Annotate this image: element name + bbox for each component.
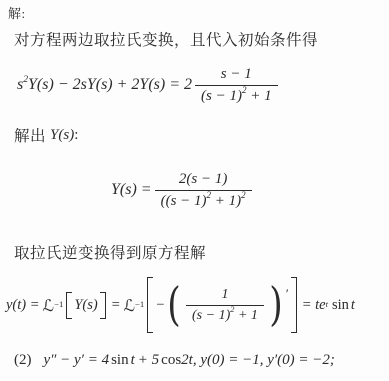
right-bracket-small — [100, 292, 106, 319]
equation-inverse: y(t) = ℒ−1 Y(s) = ℒ−1 − ( 1 (s − 1)2 + 1… — [6, 274, 355, 336]
eq3-den-exponent: 2 — [230, 305, 234, 314]
big-paren-open: ( — [167, 285, 180, 324]
eq1-den-base: (s − 1) — [201, 88, 242, 104]
eq2-den-mid: + 1) — [211, 193, 241, 209]
eq1-rest: Y(s) − 2sY(s) + 2Y(s) = 2 — [28, 76, 192, 93]
eq3-result-sin: sin — [332, 297, 349, 314]
eq1-fraction: s − 1 (s − 1)2 + 1 — [195, 66, 278, 105]
eq3-den-tail: + 1 — [234, 308, 257, 323]
problem-2-line: (2) y″ − y′ = 4 sin t + 5 cos 2t , y(0) … — [14, 352, 335, 369]
eq2-den-outer-exponent: 2 — [241, 190, 246, 200]
problem-2-label: (2) — [14, 352, 32, 369]
eq3-numerator: 1 — [215, 287, 234, 305]
eq3-result-arg: t — [351, 297, 355, 314]
derivative-prime: ′ — [286, 286, 289, 302]
eq2-den-inner-exponent: 2 — [207, 190, 212, 200]
eq3-den-base: (s − 1) — [192, 308, 230, 323]
step2-colon: : — [74, 127, 78, 144]
problem-2-lhs: y″ − y′ = 4 — [44, 352, 110, 369]
equation-ys: Y(s) = 2(s − 1) ((s − 1)2 + 1)2 — [111, 161, 255, 219]
big-paren-close: ) — [269, 285, 282, 324]
eq3-denominator: (s − 1)2 + 1 — [186, 305, 264, 324]
eq1-denominator: (s − 1)2 + 1 — [195, 85, 278, 105]
eq1-lhs: s2Y(s) − 2sY(s) + 2Y(s) = 2 — [17, 76, 192, 94]
step2-math: Y(s) — [50, 127, 74, 144]
problem-2-sin-arg: t — [131, 352, 135, 369]
eq2-lhs: Y(s) = — [111, 181, 152, 199]
left-bracket-small — [66, 292, 72, 319]
eq3-bracket-arg: Y(s) — [74, 297, 97, 314]
page: 解: 对方程两边取拉氏变换，且代入初始条件得 s2Y(s) − 2sY(s) +… — [0, 0, 389, 381]
step3-text: 取拉氏逆变换得到原方程解 — [14, 241, 206, 263]
eq1-s-exponent: 2 — [23, 74, 28, 85]
eq3-result: = te — [302, 297, 326, 314]
eq1-den-exponent: 2 — [242, 85, 247, 95]
eq2-numerator: 2(s − 1) — [173, 171, 233, 190]
eq2-denominator: ((s − 1)2 + 1)2 — [155, 190, 252, 210]
right-bracket-tall — [291, 277, 297, 333]
eq1-den-tail: + 1 — [246, 88, 271, 104]
eq3-equals: = — [111, 297, 121, 314]
problem-2-sin: sin — [111, 352, 129, 369]
eq2-den-open: ((s − 1) — [161, 193, 207, 209]
laplace-operator-2: ℒ — [123, 296, 135, 315]
eq3-fraction: 1 (s − 1)2 + 1 — [186, 287, 264, 324]
step1-text: 对方程两边取拉氏变换，且代入初始条件得 — [14, 28, 318, 50]
problem-2-mid: + 5 — [138, 352, 159, 369]
problem-2-cos-arg: 2t — [181, 352, 193, 369]
problem-2-conditions: , y(0) = −1, y′(0) = −2; — [193, 352, 335, 369]
left-bracket-tall — [147, 277, 153, 333]
laplace-operator-1: ℒ — [43, 296, 55, 315]
eq2-fraction: 2(s − 1) ((s − 1)2 + 1)2 — [155, 171, 252, 210]
eq3-minus: − — [155, 297, 165, 314]
problem-2-cos: cos — [161, 352, 181, 369]
step2-prefix: 解出 — [14, 124, 46, 146]
eq1-numerator: s − 1 — [215, 66, 258, 85]
equation-transformed: s2Y(s) − 2sY(s) + 2Y(s) = 2 s − 1 (s − 1… — [17, 57, 281, 113]
step2-line: 解出 Y(s) : — [14, 124, 78, 146]
eq3-lhs: y(t) = — [6, 297, 40, 314]
solution-label: 解: — [8, 3, 26, 22]
